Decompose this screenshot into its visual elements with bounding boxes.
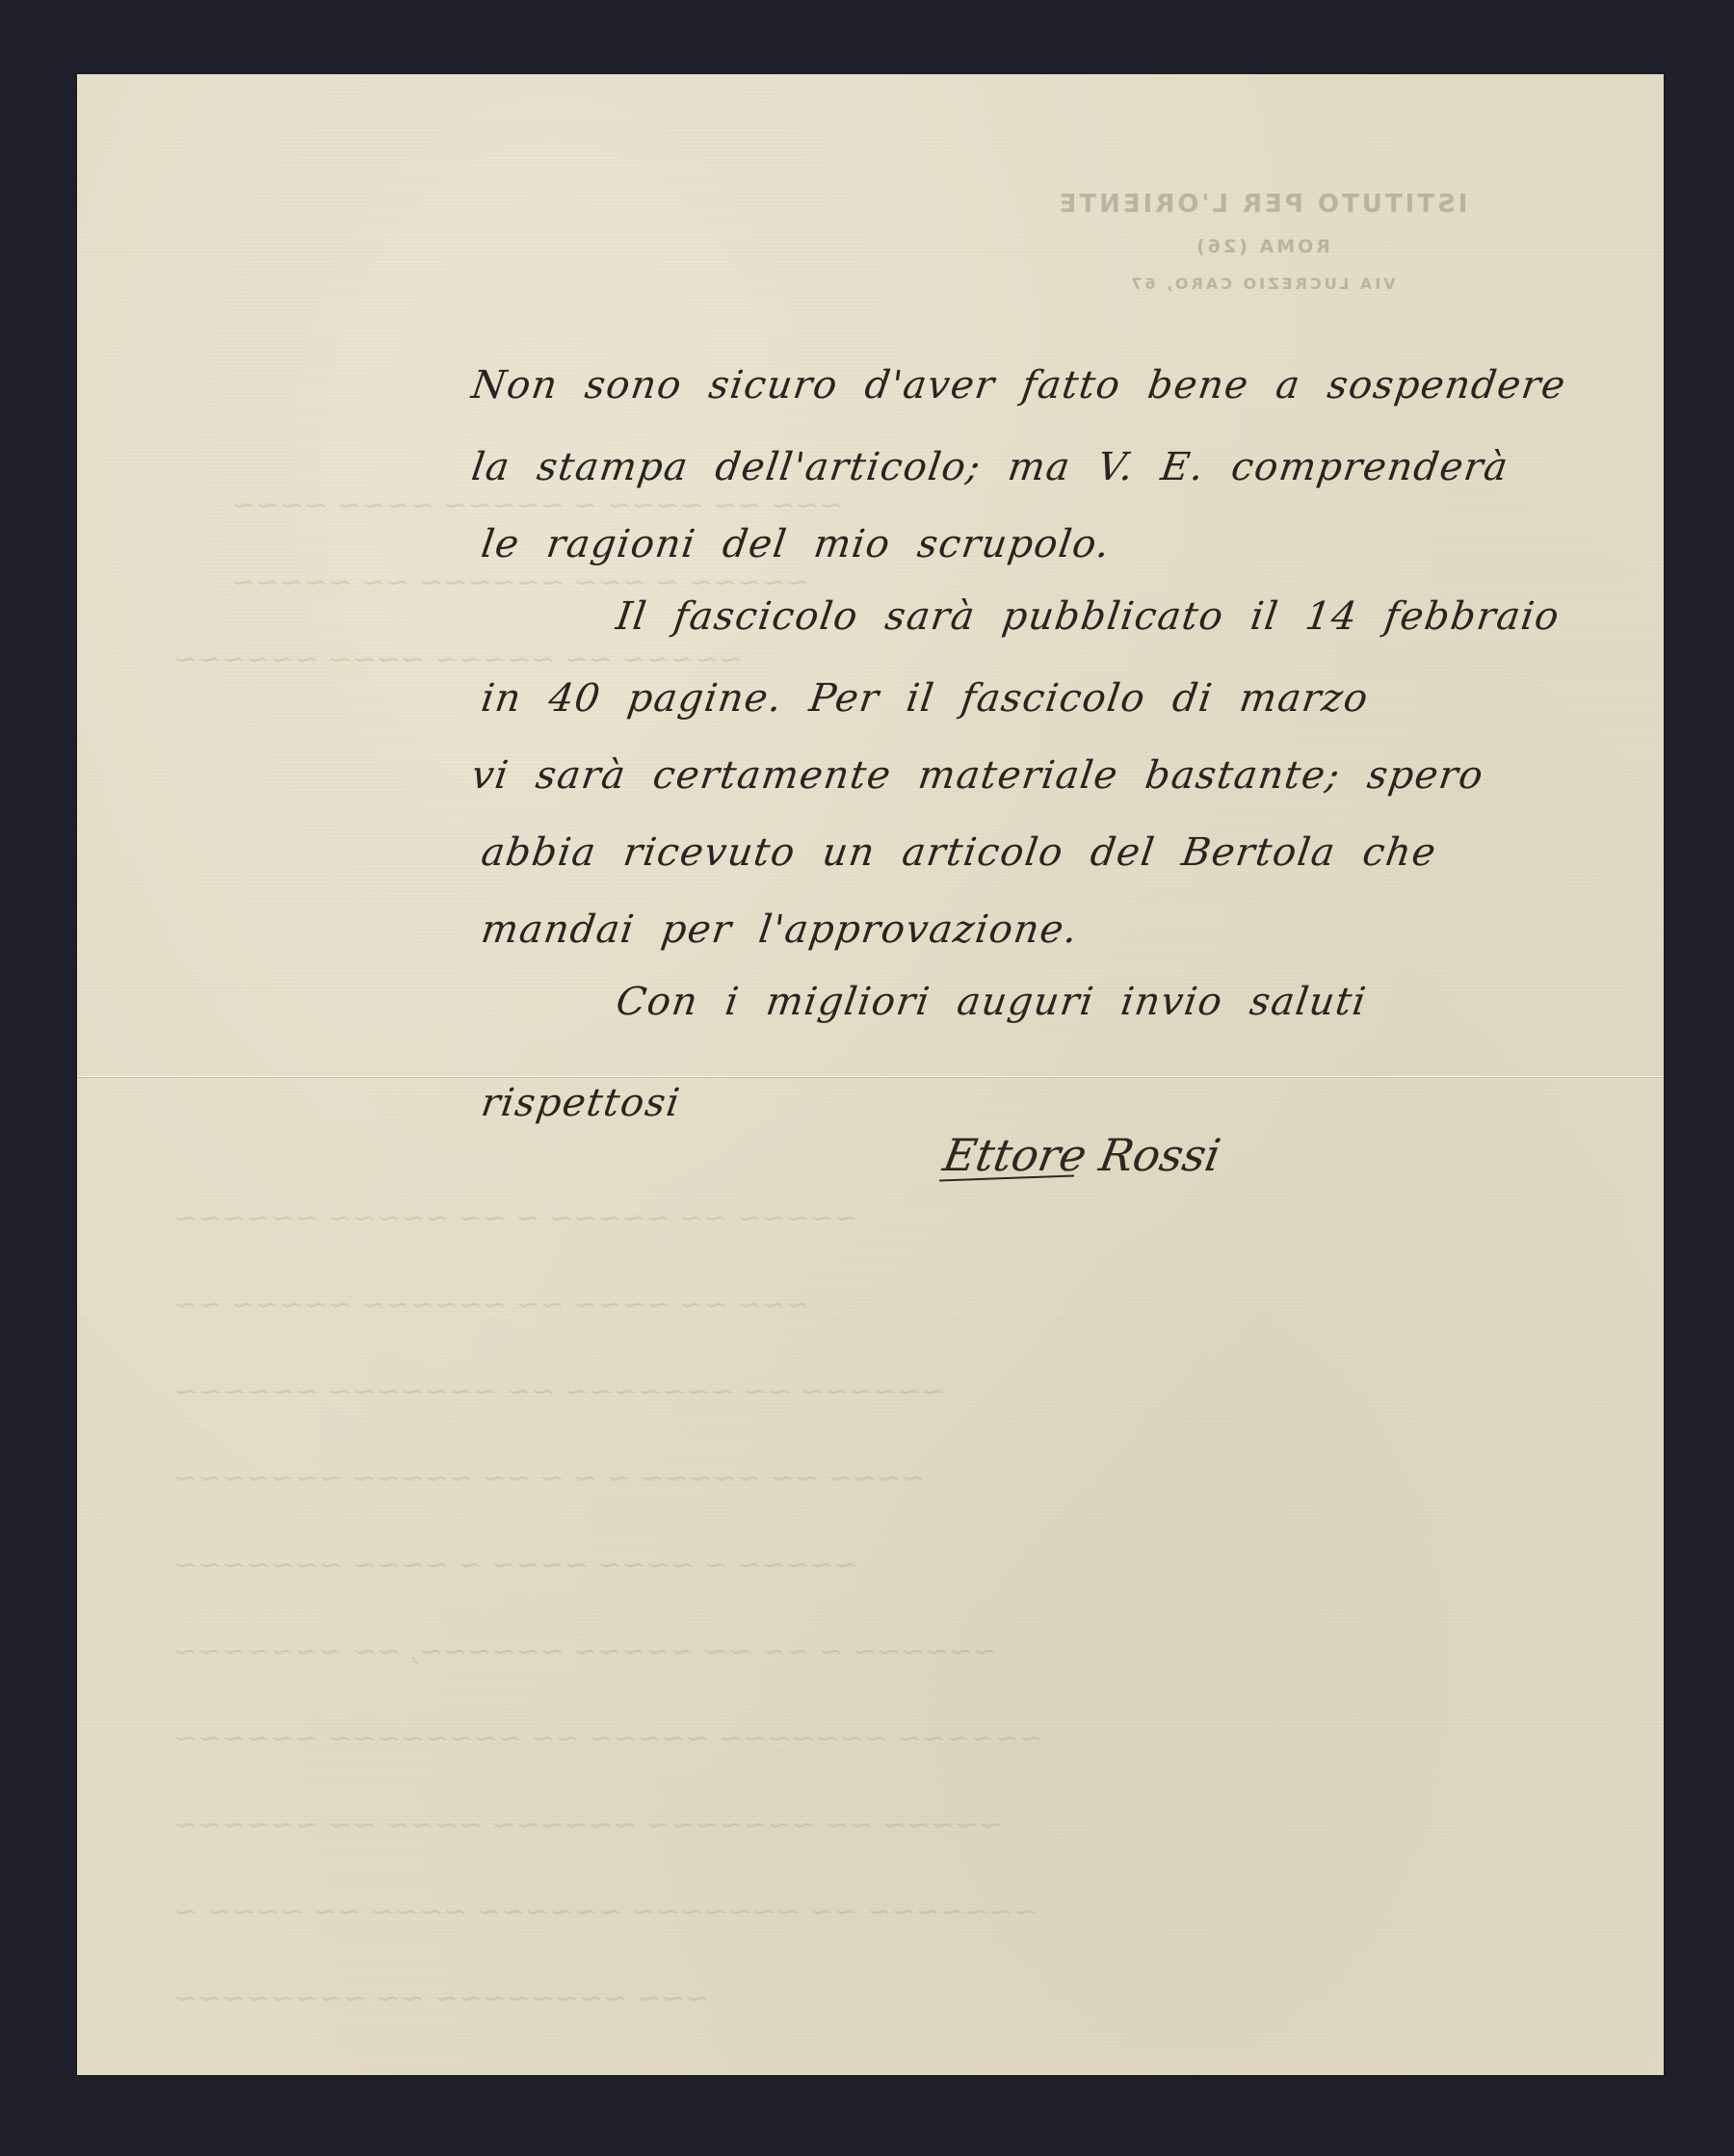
letter-line-3: le ragioni del mio scrupolo. bbox=[479, 522, 1114, 566]
letter-line-7: abbia ricevuto un articolo del Bertola c… bbox=[479, 830, 1440, 875]
letter-line-1: Non sono sicuro d'aver fatto bene a sosp… bbox=[469, 363, 1569, 408]
handwritten-letter-body: Non sono sicuro d'aver fatto bene a sosp… bbox=[77, 74, 1664, 2075]
letter-line-8: mandai per l'approvazione. bbox=[479, 907, 1082, 952]
letter-line-4: Il fascicolo sarà pubblicato il 14 febbr… bbox=[614, 594, 1563, 639]
letter-line-5: in 40 pagine. Per il fascicolo di marzo bbox=[479, 676, 1372, 721]
letter-line-9: Con i migliori auguri invio saluti bbox=[614, 980, 1370, 1024]
letter-paper: ISTITUTO PER L'ORIENTE ROMA (26) VIA LUC… bbox=[77, 74, 1664, 2075]
letter-line-10: rispettosi bbox=[479, 1081, 684, 1125]
signature: Ettore Rossi bbox=[939, 1129, 1224, 1181]
letter-line-6: vi sarà certamente materiale bastante; s… bbox=[469, 753, 1487, 798]
letter-line-2: la stampa dell'articolo; ma V. E. compre… bbox=[469, 445, 1511, 489]
